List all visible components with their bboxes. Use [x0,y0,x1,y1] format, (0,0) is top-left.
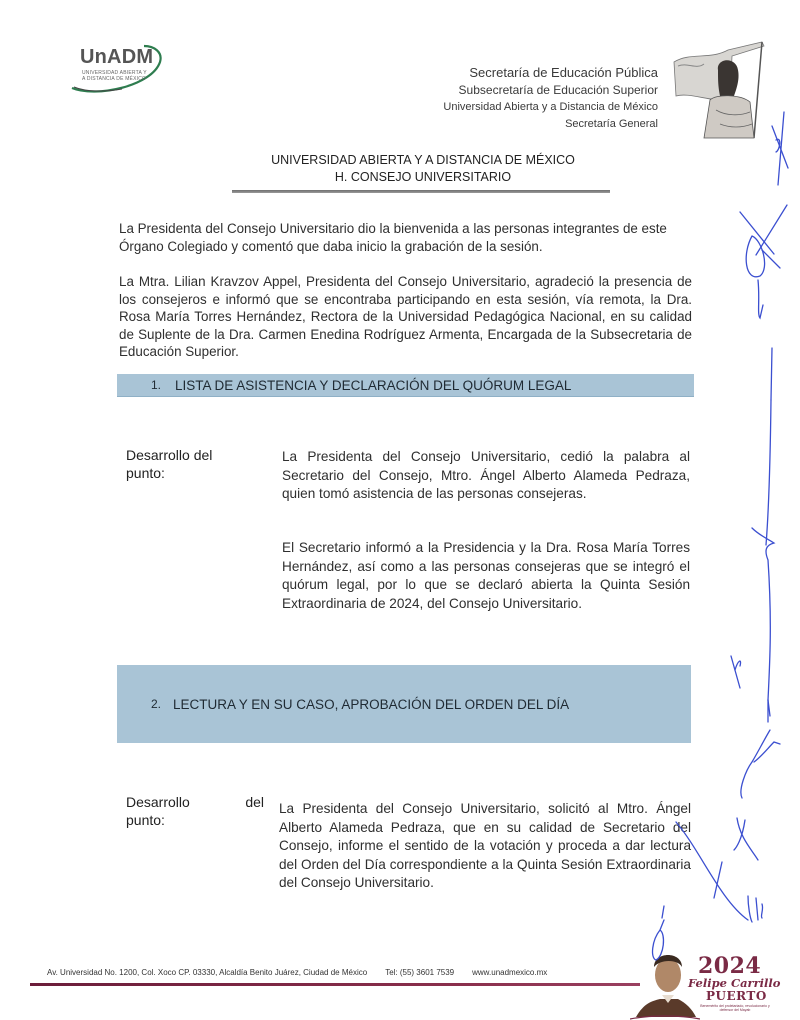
header-line-sep: Secretaría de Educación Pública [443,64,658,82]
section-1-header: 1. LISTA DE ASISTENCIA Y DECLARACIÓN DEL… [117,374,694,397]
institution-header: Secretaría de Educación Pública Subsecre… [443,64,658,133]
footer-phone: Tel: (55) 3601 7539 [385,968,454,977]
emblem-name-line2: PUERTO [706,989,767,1003]
intro-paragraph-2: La Mtra. Lilian Kravzov Appel, President… [119,273,692,361]
footer-address: Av. Universidad No. 1200, Col. Xoco CP. … [47,968,367,977]
section-1-label: Desarrollo del punto: [126,446,236,482]
document-title: UNIVERSIDAD ABIERTA Y A DISTANCIA DE MÉX… [236,152,610,186]
header-line-unadm: Universidad Abierta y a Distancia de Méx… [443,99,658,116]
section-2-label: Desarrollo del punto: [126,793,264,829]
logo-subtitle: Universidad Abierta y a Distancia de Méx… [82,70,147,82]
logo-subtitle-line2: a Distancia de México [82,76,147,82]
signature-5-icon [741,700,780,798]
felipe-carrillo-puerto-emblem: 2024 Felipe Carrillo PUERTO Benemérito d… [630,945,800,1020]
section-1-title: LISTA DE ASISTENCIA Y DECLARACIÓN DEL QU… [175,378,571,393]
section-1-label-line1: Desarrollo del [126,446,236,464]
section-2-paragraph-1: La Presidenta del Consejo Universitario,… [279,800,691,893]
section-2-number: 2. [151,697,161,711]
section-1-paragraph-2: El Secretario informó a la Presidencia y… [282,539,690,613]
section-1-paragraph-1: La Presidenta del Consejo Universitario,… [282,448,690,504]
logo-title: UnADM [80,46,153,69]
footer-website[interactable]: www.unadmexico.mx [472,968,547,977]
title-divider [232,190,610,193]
footer-divider [30,983,640,986]
title-line2: H. CONSEJO UNIVERSITARIO [236,169,610,186]
emblem-name-line1: Felipe Carrillo [688,976,780,990]
section-1-label-line2: punto: [126,464,236,482]
title-line1: UNIVERSIDAD ABIERTA Y A DISTANCIA DE MÉX… [236,152,610,169]
header-line-secretaria-general: Secretaría General [443,116,658,133]
section-2-label-word-a: Desarrollo [126,793,190,811]
section-2-label-word-b: del [245,793,264,811]
header-line-ses: Subsecretaría de Educación Superior [443,82,658,99]
section-2-header: 2. LECTURA Y EN SU CASO, APROBACIÓN DEL … [117,665,691,743]
footer-contact: Av. Universidad No. 1200, Col. Xoco CP. … [47,968,547,977]
section-2-label-word-c: punto: [126,811,264,829]
intro-paragraph-1: La Presidenta del Consejo Universitario … [119,220,692,255]
section-1-number: 1. [151,378,161,392]
section-2-title: LECTURA Y EN SU CASO, APROBACIÓN DEL ORD… [173,697,569,712]
emblem-tagline: Benemérito del proletariado, revoluciona… [700,1004,770,1012]
signature-4-icon [731,656,741,688]
signature-3-icon [752,348,774,716]
signature-2-icon [740,205,787,318]
unadm-logo: UnADM Universidad Abierta y a Distancia … [66,40,166,96]
flag-woman-illustration [670,40,770,140]
signature-1-icon [772,112,788,185]
